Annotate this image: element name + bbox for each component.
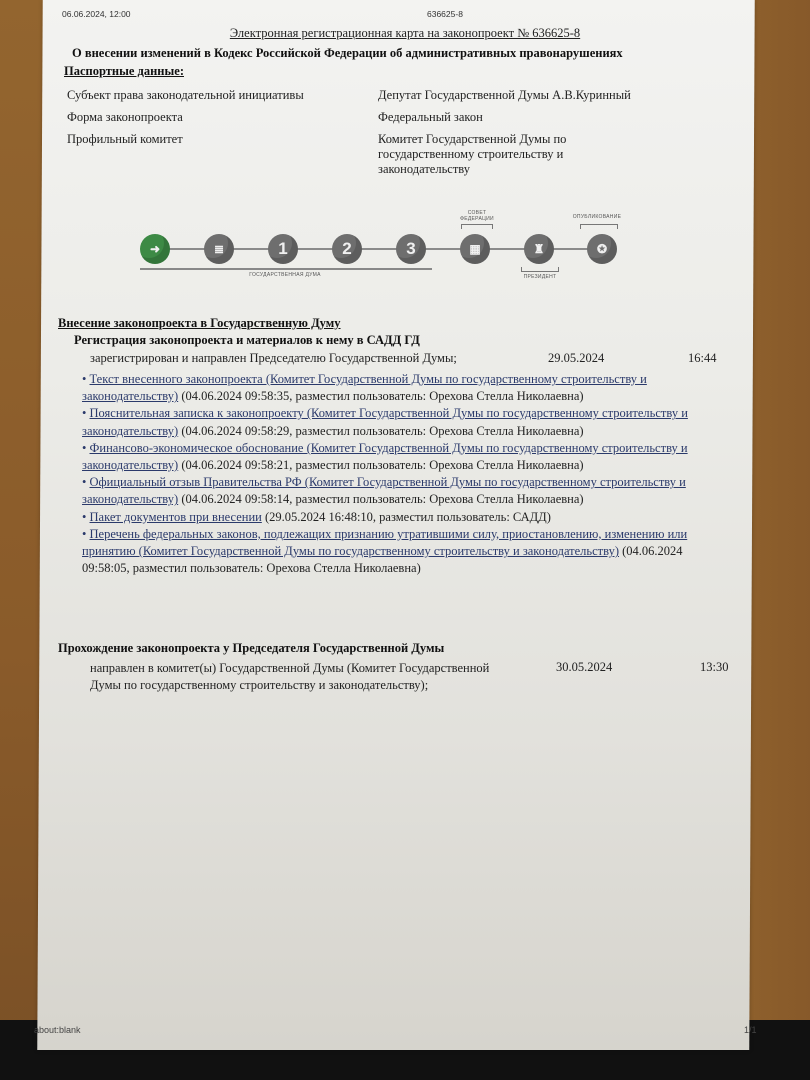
subheading-registration: Регистрация законопроекта и материалов к… [74, 333, 420, 348]
stage-first-reading[interactable]: 1 [268, 234, 298, 264]
stage-submission[interactable]: ➜ [140, 234, 170, 264]
bullet-icon: • [82, 510, 90, 524]
event-sent-date: 30.05.2024 [556, 660, 612, 675]
list-item: • Официальный отзыв Правительства РФ (Ко… [82, 474, 732, 508]
section-heading-submission: Внесение законопроекта в Государственную… [58, 316, 341, 331]
passport-value-committee: Комитет Государственной Думы по государс… [378, 132, 618, 177]
caption-publication: ОПУБЛИКОВАНИЕ [567, 214, 627, 220]
stage-registration[interactable]: ≣ [204, 234, 234, 264]
building-icon: ▦ [469, 243, 480, 255]
stage-federation-council[interactable]: ▦ [460, 234, 490, 264]
bracket-federation-council [461, 224, 493, 229]
stage-publication[interactable]: ✪ [587, 234, 617, 264]
stage-president[interactable]: ♜ [524, 234, 554, 264]
passport-value-form: Федеральный закон [378, 110, 648, 125]
bullet-icon: • [82, 527, 90, 541]
event-registered: зарегистрирован и направлен Председателю… [90, 351, 457, 366]
kremlin-icon: ♜ [534, 243, 545, 255]
event-sent-to-committee: направлен в комитет(ы) Государственной Д… [90, 660, 510, 694]
doc-meta: (04.06.2024 09:58:29, разместил пользова… [178, 424, 583, 438]
event-registered-time: 16:44 [688, 351, 716, 366]
print-footer-page: 1/1 [744, 1025, 757, 1035]
desk-edge [748, 0, 810, 1080]
doc-meta: (04.06.2024 09:58:21, разместил пользова… [178, 458, 583, 472]
bullet-icon: • [82, 441, 90, 455]
bullet-icon: • [82, 475, 90, 489]
stage-second-reading[interactable]: 2 [332, 234, 362, 264]
number-2-icon: 2 [342, 239, 351, 259]
number-3-icon: 3 [406, 239, 415, 259]
bill-subject: О внесении изменений в Кодекс Российской… [72, 46, 623, 61]
passport-label-form: Форма законопроекта [67, 110, 183, 125]
caption-federation-council: СОВЕТ ФЕДЕРАЦИИ [457, 210, 497, 222]
print-datetime: 06.06.2024, 12:00 [62, 9, 131, 19]
list-item: • Финансово-экономическое обоснование (К… [82, 440, 732, 474]
document-list: • Текст внесенного законопроекта (Комите… [82, 371, 732, 577]
event-sent-time: 13:30 [700, 660, 728, 675]
print-doc-number: 636625-8 [427, 9, 463, 19]
passport-label-committee: Профильный комитет [67, 132, 183, 147]
passport-value-initiator: Депутат Государственной Думы А.В.Куринны… [378, 88, 648, 103]
doc-meta: (29.05.2024 16:48:10, разместил пользова… [262, 510, 551, 524]
doc-link-laws-list[interactable]: Перечень федеральных законов, подлежащих… [82, 527, 687, 558]
bullet-icon: • [82, 372, 90, 386]
doc-meta: (04.06.2024 09:58:35, разместил пользова… [178, 389, 583, 403]
state-duma-span-line [140, 268, 432, 270]
passport-heading: Паспортные данные: [64, 64, 184, 79]
stage-third-reading[interactable]: 3 [396, 234, 426, 264]
doc-meta: (04.06.2024 09:58:14, разместил пользова… [178, 492, 583, 506]
legislative-stage-pipeline: СОВЕТ ФЕДЕРАЦИИ ОПУБЛИКОВАНИЕ ➜ ≣ 1 2 3 … [135, 210, 625, 285]
caption-state-duma: ГОСУДАРСТВЕННАЯ ДУМА [215, 272, 355, 278]
list-item: • Пакет документов при внесении (29.05.2… [82, 509, 732, 526]
list-item: • Текст внесенного законопроекта (Комите… [82, 371, 732, 405]
doc-link-submission-package[interactable]: Пакет документов при внесении [90, 510, 262, 524]
event-registered-date: 29.05.2024 [548, 351, 604, 366]
list-item: • Пояснительная записка к законопроекту … [82, 405, 732, 439]
list-icon: ≣ [214, 243, 224, 255]
passport-label-initiator: Субъект права законодательной инициативы [67, 88, 304, 103]
number-1-icon: 1 [278, 239, 287, 259]
list-item: • Перечень федеральных законов, подлежащ… [82, 526, 732, 578]
page-title: Электронная регистрационная карта на зак… [0, 26, 810, 41]
arrow-right-icon: ➜ [150, 243, 160, 255]
caption-president: ПРЕЗИДЕНТ [515, 274, 565, 280]
bracket-publication [580, 224, 618, 229]
emblem-icon: ✪ [597, 243, 607, 255]
print-footer-url: about:blank [34, 1025, 81, 1035]
bracket-president [521, 267, 559, 272]
bullet-icon: • [82, 406, 90, 420]
section-heading-chairman: Прохождение законопроекта у Председателя… [58, 641, 444, 656]
